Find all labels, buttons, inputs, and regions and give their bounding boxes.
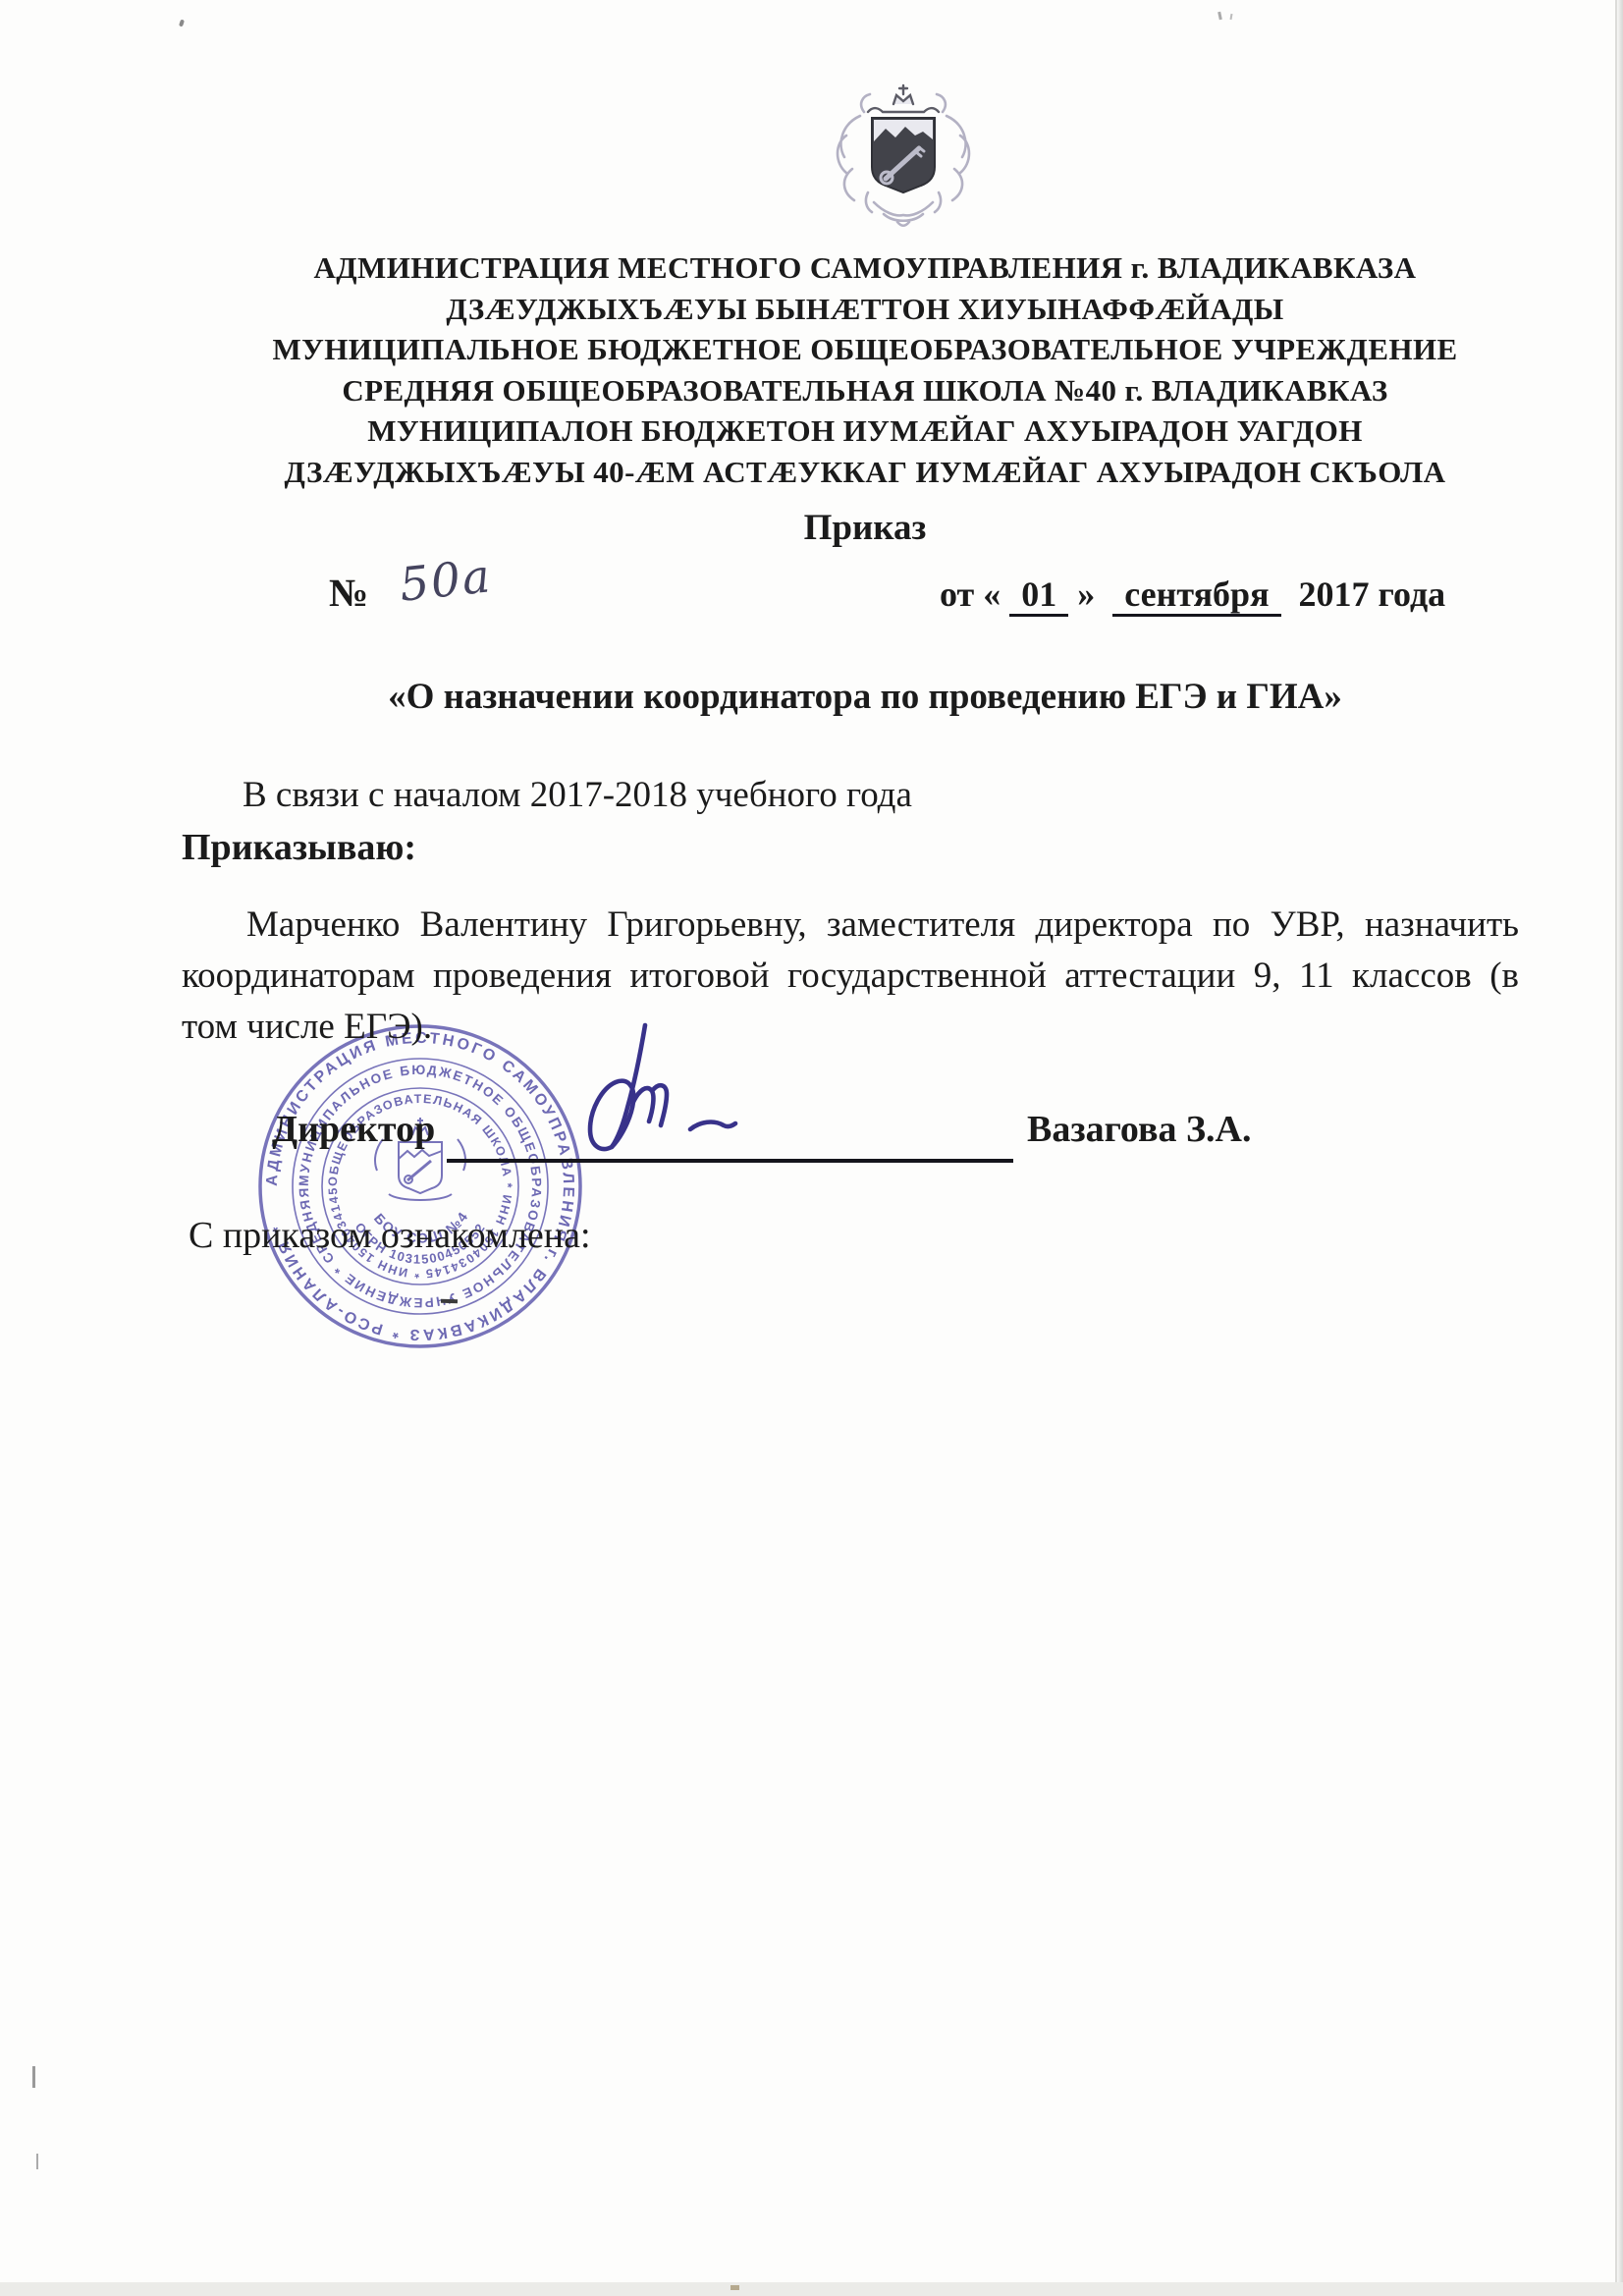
order-body: Марченко Валентину Григорьевну, заместит… [182,900,1519,1053]
scanned-order-document: АДМИНИСТРАЦИЯ МЕСТНОГО САМОУПРАВЛЕНИЯ г.… [0,0,1623,2296]
scan-speck [32,2066,35,2088]
body-line-3: том числе ЕГЭ). [182,1002,1519,1053]
scan-edge-right [1616,0,1623,2296]
date-prefix: от « [940,574,1001,614]
order-number-handwritten: 50а [397,549,494,613]
body-line-1: Марченко Валентину Григорьевну, заместит… [182,900,1519,951]
letterhead-line-2: ДЗÆУДЖЫХЪÆУЫ БЫНÆТТОН ХИУЫНАФФÆЙАДЫ [182,289,1548,330]
order-heading: Приказ [182,507,1548,549]
letterhead-line-5: МУНИЦИПАЛОН БЮДЖЕТОН ИУМÆЙАГ АХУЫРАДОН У… [182,410,1548,452]
intro-paragraph: В связи с началом 2017-2018 учебного год… [182,774,1548,816]
date-day: 01 [1009,574,1068,617]
letterhead-line-1: АДМИНИСТРАЦИЯ МЕСТНОГО САМОУПРАВЛЕНИЯ г.… [182,247,1548,289]
scan-edge-right-line [1615,0,1617,2296]
round-stamp-icon: АДМИНИСТРАЦИЯ МЕСТНОГО САМОУПРАВЛЕНИЯ г.… [245,1011,595,1361]
scan-edge-bottom [0,2282,1623,2296]
scan-speck [1217,12,1222,20]
date-close-quote: » [1077,574,1095,614]
command-word: Приказываю: [182,826,416,869]
director-signature-icon [565,1015,810,1168]
order-subject: «О назначении координатора по проведению… [182,676,1548,718]
letterhead-line-3: МУНИЦИПАЛЬНОЕ БЮДЖЕТНОЕ ОБЩЕОБРАЗОВАТЕЛЬ… [182,329,1548,370]
scan-speck [179,20,185,27]
date-month: сентября [1112,574,1280,617]
scan-artifact-dash [441,1299,458,1304]
order-number-label: № [329,570,368,616]
director-name: Вазагова З.А. [1027,1108,1252,1151]
director-label: Директор [272,1108,435,1151]
scan-speck [1229,14,1232,20]
acknowledgement-line: С приказом ознакомлена: [189,1214,591,1257]
date-year: 2017 года [1299,574,1446,614]
letterhead: АДМИНИСТРАЦИЯ МЕСТНОГО САМОУПРАВЛЕНИЯ г.… [182,247,1548,492]
number-date-row: № 50а от « 01 » сентября 2017 года [182,568,1548,636]
vladikavkaz-coat-of-arms-icon [813,82,994,238]
scan-speck [730,2285,739,2290]
order-date: от « 01 » сентября 2017 года [940,574,1445,615]
scan-speck [36,2154,38,2169]
letterhead-line-4: СРЕДНЯЯ ОБЩЕОБРАЗОВАТЕЛЬНАЯ ШКОЛА №40 г.… [182,370,1548,411]
body-line-2: координаторам проведения итоговой госуда… [182,951,1519,1002]
letterhead-line-6: ДЗÆУДЖЫХЪÆУЫ 40-ÆМ АСТÆУККАГ ИУМÆЙАГ АХУ… [182,452,1548,493]
